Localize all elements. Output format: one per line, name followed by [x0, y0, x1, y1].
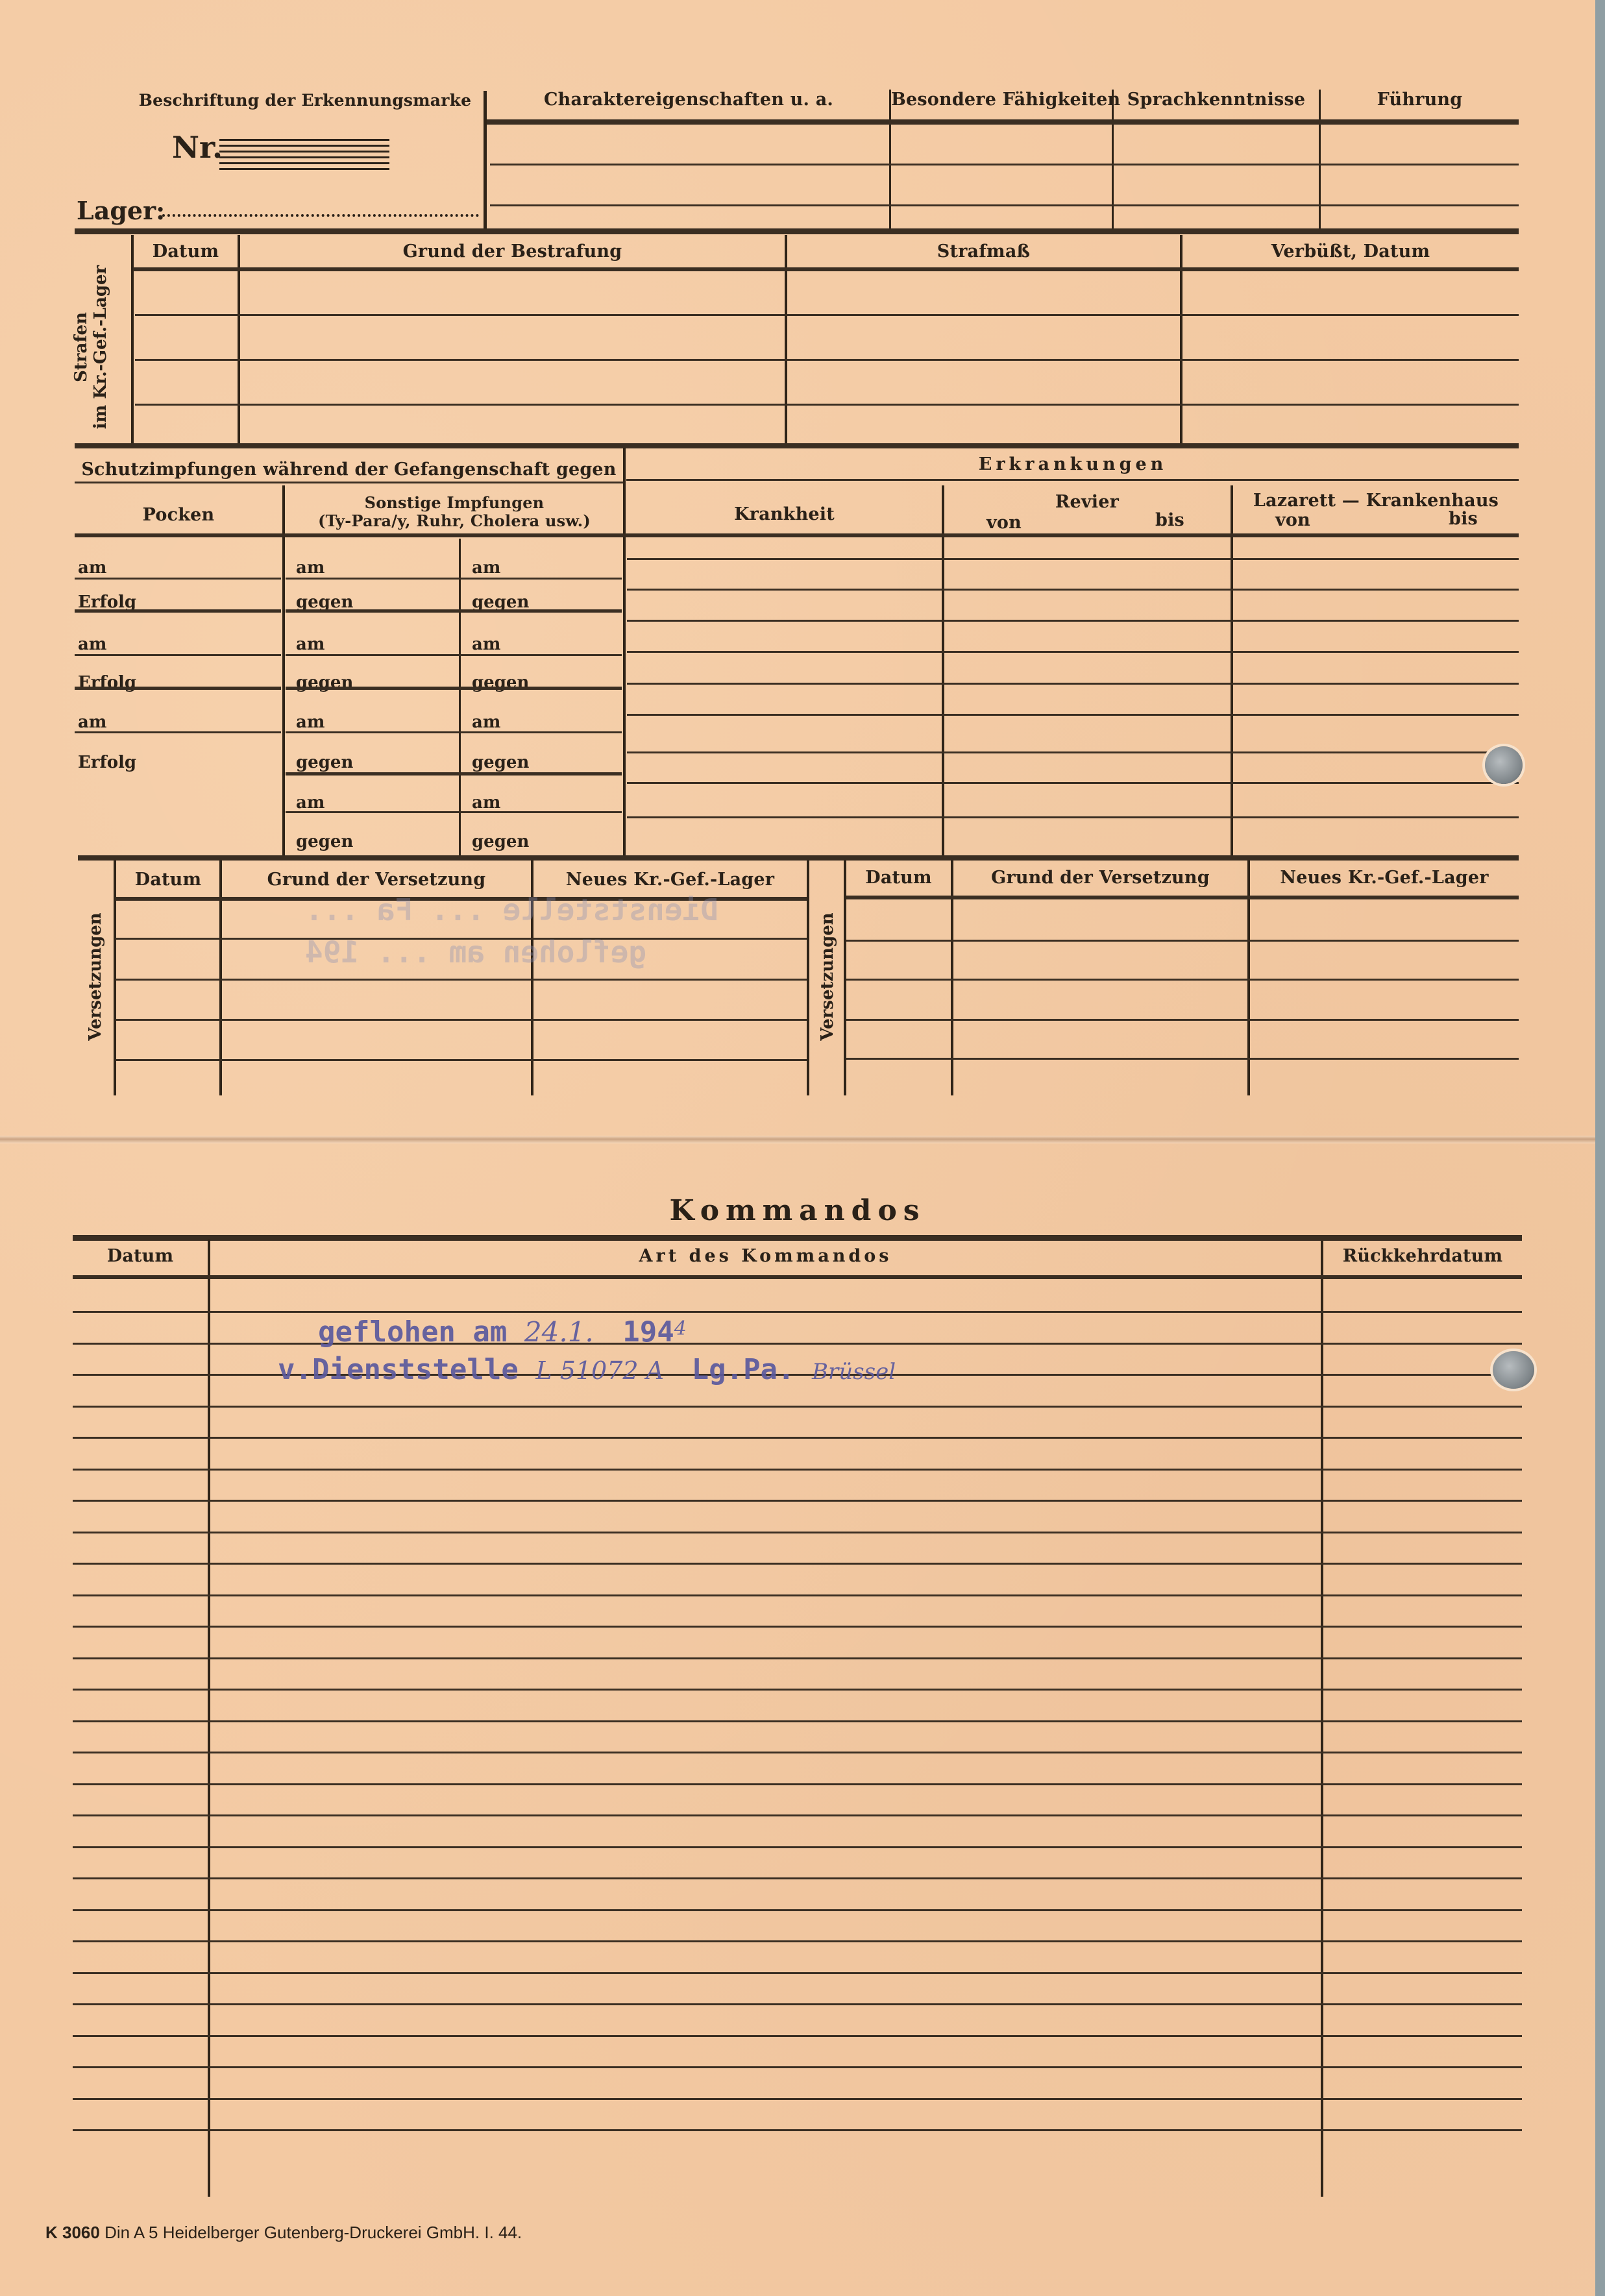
- row-line: [73, 1846, 1522, 1848]
- punch-hole: [1493, 1351, 1534, 1389]
- divider: [1231, 485, 1233, 857]
- row-line: [286, 772, 622, 776]
- row-line: [73, 1720, 1522, 1722]
- col-lazarett: Lazarett — Krankenhaus: [1233, 491, 1519, 511]
- versetz-col-datum: Datum: [117, 870, 219, 890]
- row-line: [73, 1500, 1522, 1502]
- col-sprachkenntnisse: Sprachkenntnisse: [1114, 90, 1319, 110]
- lazarett-bis: bis: [1449, 509, 1478, 529]
- col-faehigkeiten: Besondere Fähigkeiten: [891, 90, 1112, 110]
- divider: [208, 1240, 210, 2197]
- divider: [1180, 235, 1182, 444]
- row-line: [116, 979, 807, 981]
- strafen-col-datum: Datum: [134, 241, 238, 262]
- rule: [78, 855, 1519, 861]
- punch-hole: [1485, 746, 1523, 784]
- bleed-through-text: Dienststelle ... Fa ...: [305, 892, 718, 927]
- entry-geflohen: geflohen am 24.1. 1944: [318, 1315, 687, 1349]
- sonstige-row-gegen: gegen: [296, 832, 353, 851]
- row-line: [73, 2066, 1522, 2068]
- divider: [942, 485, 944, 857]
- divider: [459, 539, 461, 857]
- strafen-col-verbuesst: Verbüßt, Datum: [1182, 241, 1519, 262]
- sonstige2-row-am: am: [472, 635, 500, 654]
- row-line: [627, 558, 1519, 560]
- row-line: [73, 1877, 1522, 1879]
- divider: [807, 861, 809, 1095]
- sonstige2-row-am: am: [472, 713, 500, 732]
- divider: [785, 235, 787, 444]
- divider: [238, 235, 240, 444]
- row-line: [73, 1689, 1522, 1691]
- row-line: [627, 782, 1519, 784]
- row-line: [73, 2129, 1522, 2131]
- row-line: [627, 714, 1519, 716]
- row-line: [286, 654, 622, 656]
- row-line: [846, 1019, 1519, 1021]
- row-line: [73, 1657, 1522, 1659]
- row-line: [135, 404, 1519, 406]
- row-line: [627, 651, 1519, 653]
- divider: [131, 235, 134, 444]
- rule: [133, 267, 1519, 271]
- row-line: [846, 1058, 1519, 1060]
- col-fuehrung: Führung: [1321, 90, 1519, 110]
- kommandos-col-rueckkehr: Rückkehrdatum: [1323, 1246, 1522, 1266]
- revier-von: von: [986, 513, 1022, 533]
- divider: [1321, 1241, 1323, 2197]
- rule: [490, 164, 1519, 165]
- pocken-row-am: am: [78, 558, 106, 578]
- row-line: [73, 1437, 1522, 1439]
- row-line: [286, 731, 622, 733]
- strafen-col-strafmass: Strafmaß: [787, 241, 1180, 262]
- row-line: [73, 1532, 1522, 1533]
- sonstige2-row-am: am: [472, 793, 500, 812]
- versetz-col-lager: Neues Kr.-Gef.-Lager: [533, 870, 807, 890]
- row-line: [627, 589, 1519, 591]
- row-line: [286, 687, 622, 690]
- lager-field[interactable]: [162, 214, 479, 217]
- divider: [1319, 90, 1321, 229]
- row-line: [846, 940, 1519, 942]
- rule: [75, 533, 1519, 537]
- row-line: [75, 731, 281, 733]
- fold-crease: [0, 1136, 1595, 1143]
- erkrankungen-title: Erkrankungen: [627, 454, 1519, 474]
- row-line: [73, 1814, 1522, 1816]
- versetzungen-side-label-right: Versetzungen: [818, 860, 837, 1093]
- sonstige2-row-am: am: [472, 558, 500, 578]
- rule: [73, 1235, 1522, 1241]
- row-line: [73, 1563, 1522, 1565]
- lager-label: Lager:: [77, 196, 165, 225]
- kommandos-title: Kommandos: [0, 1194, 1595, 1227]
- col-krankheit: Krankheit: [627, 504, 942, 524]
- row-line: [73, 1972, 1522, 1974]
- lazarett-von: von: [1275, 510, 1310, 530]
- versetzungen-side-label-left: Versetzungen: [86, 860, 105, 1093]
- row-line: [286, 811, 622, 813]
- row-line: [627, 683, 1519, 685]
- pocken-row-erfolg: Erfolg: [78, 753, 136, 772]
- row-line: [73, 1783, 1522, 1785]
- rule: [487, 119, 1519, 125]
- divider: [1112, 90, 1114, 229]
- row-line: [73, 2098, 1522, 2100]
- versetz2-col-lager: Neues Kr.-Gef.-Lager: [1250, 868, 1519, 888]
- nr-label: Nr.: [172, 130, 223, 165]
- sonstige-row-gegen: gegen: [296, 753, 353, 772]
- divider: [889, 90, 891, 229]
- col-pocken: Pocken: [75, 505, 282, 525]
- row-line: [116, 1059, 807, 1061]
- row-line: [846, 979, 1519, 981]
- rule: [846, 896, 1519, 899]
- rule: [75, 482, 623, 483]
- col-charakter: Charaktereigenschaften u. a.: [488, 90, 889, 110]
- row-line: [73, 2035, 1522, 2037]
- rule: [626, 479, 1519, 481]
- divider: [623, 448, 626, 857]
- row-line: [73, 1752, 1522, 1753]
- row-line: [73, 1594, 1522, 1596]
- col-revier: Revier: [944, 492, 1230, 512]
- sonstige-row-am: am: [296, 635, 325, 654]
- rule: [75, 443, 1519, 448]
- id-tag-label: Beschriftung der Erkennungsmarke: [123, 91, 487, 110]
- row-line: [73, 1909, 1522, 1911]
- col-sonstige-line2: (Ty-Para/y, Ruhr, Cholera usw.): [286, 511, 623, 530]
- row-line: [135, 359, 1519, 361]
- rule: [490, 204, 1519, 206]
- versetz2-col-grund: Grund der Versetzung: [953, 868, 1247, 888]
- strafen-col-grund: Grund der Bestrafung: [240, 241, 785, 262]
- sonstige-row-am: am: [296, 558, 325, 578]
- entry-dienststelle: v.Dienststelle L 51072 A Lg.Pa. Brüssel: [278, 1353, 896, 1386]
- row-line: [116, 1019, 807, 1021]
- impfungen-title: Schutzimpfungen während der Gefangenscha…: [75, 459, 623, 480]
- printer-imprint: K 3060 Din A 5 Heidelberger Gutenberg-Dr…: [45, 2223, 522, 2243]
- versetz-col-grund: Grund der Versetzung: [222, 870, 531, 890]
- divider: [484, 91, 487, 230]
- versetz2-col-datum: Datum: [846, 868, 951, 888]
- sonstige-row-am: am: [296, 793, 325, 812]
- col-sonstige-line1: Sonstige Impfungen: [286, 493, 623, 512]
- row-line: [75, 609, 281, 613]
- row-line: [73, 1311, 1522, 1313]
- revier-bis: bis: [1155, 510, 1184, 530]
- bleed-through-text: geflohen am ... 194: [305, 934, 646, 970]
- rule: [73, 1275, 1522, 1279]
- row-line: [75, 687, 281, 690]
- row-line: [73, 1469, 1522, 1471]
- rule: [75, 228, 1519, 234]
- row-line: [75, 578, 281, 580]
- pocken-row-am: am: [78, 713, 106, 732]
- kommandos-col-datum: Datum: [73, 1246, 208, 1266]
- row-line: [75, 654, 281, 656]
- row-line: [286, 609, 622, 613]
- kommandos-col-art: Art des Kommandos: [210, 1246, 1321, 1266]
- nr-field[interactable]: [219, 139, 389, 174]
- row-line: [627, 816, 1519, 818]
- row-line: [73, 2003, 1522, 2005]
- row-line: [286, 578, 622, 580]
- sonstige-row-am: am: [296, 713, 325, 732]
- row-line: [73, 1343, 1522, 1345]
- row-line: [73, 1940, 1522, 1942]
- row-line: [627, 751, 1519, 753]
- sonstige2-row-gegen: gegen: [472, 753, 529, 772]
- sonstige2-row-gegen: gegen: [472, 832, 529, 851]
- row-line: [73, 1626, 1522, 1628]
- row-line: [73, 1406, 1522, 1408]
- row-line: [627, 620, 1519, 622]
- row-line: [135, 314, 1519, 316]
- strafen-side-label: Strafen im Kr.-Gef.-Lager: [71, 237, 110, 458]
- divider: [282, 485, 285, 857]
- pocken-row-am: am: [78, 635, 106, 654]
